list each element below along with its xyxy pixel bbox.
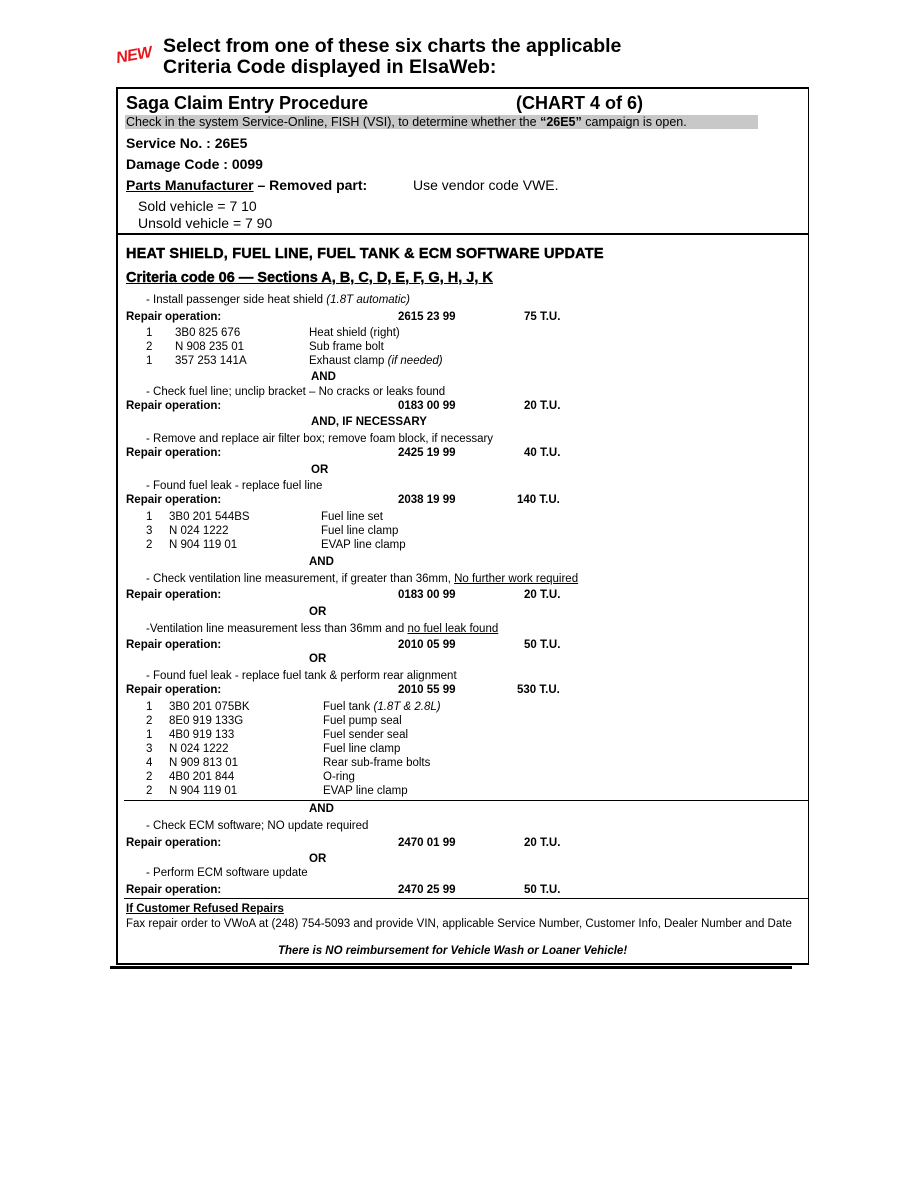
step-description: - Remove and replace air filter box; rem… xyxy=(146,433,493,446)
customer-refused-heading: If Customer Refused Repairs xyxy=(126,903,284,915)
time-units: 20 T.U. xyxy=(524,400,560,413)
repair-op-label: Repair operation: xyxy=(126,684,221,697)
part-qty: 1 xyxy=(146,511,152,524)
time-units: 75 T.U. xyxy=(524,311,560,324)
step-description: -Ventilation line measurement less than … xyxy=(146,623,498,636)
campaign-check-note: Check in the system Service-Online, FISH… xyxy=(125,115,758,129)
part-desc: Fuel pump seal xyxy=(323,715,402,728)
repair-op-label: Repair operation: xyxy=(126,400,221,413)
part-qty: 4 xyxy=(146,757,152,770)
connector-and: AND xyxy=(309,803,334,816)
service-no-label: Service No. : xyxy=(126,135,211,151)
step-emphasis: no fuel leak found xyxy=(407,623,498,635)
criteria-code: Criteria code 06 — Sections A, B, C, D, … xyxy=(126,270,493,286)
part-desc: Heat shield (right) xyxy=(309,327,400,340)
part-desc: Sub frame bolt xyxy=(309,341,384,354)
part-number: N 024 1222 xyxy=(169,743,228,756)
damage-code-value: 0099 xyxy=(232,156,263,172)
part-desc-text: Fuel tank xyxy=(323,701,374,713)
repair-op-label: Repair operation: xyxy=(126,447,221,460)
part-desc-text: EVAP line clamp xyxy=(323,785,408,797)
no-reimbursement-note: There is NO reimbursement for Vehicle Wa… xyxy=(278,945,627,957)
parts-manufacturer: Parts Manufacturer – Removed part: xyxy=(126,177,367,193)
step-note: (1.8T automatic) xyxy=(326,294,410,306)
new-badge: NEW xyxy=(115,44,153,68)
connector-and: AND xyxy=(309,556,334,569)
divider xyxy=(116,233,809,235)
part-number: 3B0 201 544BS xyxy=(169,511,250,524)
part-number: 3B0 825 676 xyxy=(175,327,240,340)
section-title: HEAT SHIELD, FUEL LINE, FUEL TANK & ECM … xyxy=(126,246,604,262)
part-number: N 908 235 01 xyxy=(175,341,244,354)
part-note: (if needed) xyxy=(388,355,443,367)
parts-mfr-label: Parts Manufacturer xyxy=(126,177,254,193)
connector-or: OR xyxy=(309,853,326,866)
part-desc: Fuel sender seal xyxy=(323,729,408,742)
repair-op-code: 0183 00 99 xyxy=(398,400,456,413)
vendor-code: Use vendor code VWE. xyxy=(413,177,559,193)
part-desc: Rear sub-frame bolts xyxy=(323,757,430,770)
time-units: 530 T.U. xyxy=(517,684,560,697)
part-qty: 2 xyxy=(146,785,152,798)
part-desc-text: Fuel line clamp xyxy=(323,743,400,755)
part-desc: Exhaust clamp (if needed) xyxy=(309,355,443,368)
part-desc: O-ring xyxy=(323,771,355,784)
heading-line-1: Select from one of these six charts the … xyxy=(163,36,621,57)
part-desc: Fuel line clamp xyxy=(323,743,400,756)
repair-op-label: Repair operation: xyxy=(126,311,221,324)
fax-instructions: Fax repair order to VWoA at (248) 754-50… xyxy=(126,917,796,931)
part-number: N 909 813 01 xyxy=(169,757,238,770)
repair-op-code: 2010 05 99 xyxy=(398,639,456,652)
step-description: - Found fuel leak - replace fuel line xyxy=(146,480,322,493)
part-desc: Fuel line set xyxy=(321,511,383,524)
repair-op-code: 2470 25 99 xyxy=(398,884,456,897)
service-no-value: 26E5 xyxy=(215,135,248,151)
time-units: 20 T.U. xyxy=(524,589,560,602)
repair-op-code: 2425 19 99 xyxy=(398,447,456,460)
part-number: N 024 1222 xyxy=(169,525,228,538)
part-number: N 904 119 01 xyxy=(169,785,237,798)
part-desc-text: O-ring xyxy=(323,771,355,783)
repair-op-label: Repair operation: xyxy=(126,884,221,897)
step-text: - Check ventilation line measurement, if… xyxy=(146,573,454,585)
step-text: - Install passenger side heat shield xyxy=(146,294,326,306)
connector-or: OR xyxy=(311,464,328,477)
connector-and-if-necessary: AND, IF NECESSARY xyxy=(311,416,427,429)
repair-op-label: Repair operation: xyxy=(126,589,221,602)
part-desc: EVAP line clamp xyxy=(321,539,406,552)
part-qty: 1 xyxy=(146,701,152,714)
part-number: 3B0 201 075BK xyxy=(169,701,250,714)
step-description: - Check fuel line; unclip bracket – No c… xyxy=(146,386,445,399)
part-number: 357 253 141A xyxy=(175,355,247,368)
connector-or: OR xyxy=(309,606,326,619)
step-description: - Check ventilation line measurement, if… xyxy=(146,573,578,586)
step-text: -Ventilation line measurement less than … xyxy=(146,623,407,635)
repair-op-label: Repair operation: xyxy=(126,639,221,652)
time-units: 40 T.U. xyxy=(524,447,560,460)
part-qty: 3 xyxy=(146,525,152,538)
repair-op-code: 2615 23 99 xyxy=(398,311,456,324)
check-post: campaign is open. xyxy=(582,115,687,129)
frame-shadow xyxy=(110,966,792,969)
unsold-vehicle: Unsold vehicle = 7 90 xyxy=(138,215,272,231)
connector-and: AND xyxy=(311,371,336,384)
time-units: 50 T.U. xyxy=(524,639,560,652)
part-note: (1.8T & 2.8L) xyxy=(374,701,441,713)
part-qty: 1 xyxy=(146,355,152,368)
chart-number: (CHART 4 of 6) xyxy=(516,93,643,114)
damage-code-label: Damage Code : xyxy=(126,156,228,172)
part-desc-text: Fuel pump seal xyxy=(323,715,402,727)
part-qty: 3 xyxy=(146,743,152,756)
part-desc: Fuel line clamp xyxy=(321,525,398,538)
heading-line-2: Criteria Code displayed in ElsaWeb: xyxy=(163,57,621,78)
part-qty: 2 xyxy=(146,539,152,552)
divider xyxy=(124,898,809,899)
part-qty: 1 xyxy=(146,327,152,340)
step-description: - Perform ECM software update xyxy=(146,867,308,880)
part-number: 8E0 919 133G xyxy=(169,715,243,728)
check-code: “26E5” xyxy=(540,115,582,129)
page-heading: Select from one of these six charts the … xyxy=(163,36,621,78)
part-desc-text: Exhaust clamp xyxy=(309,355,388,367)
repair-op-label: Repair operation: xyxy=(126,837,221,850)
repair-op-code: 0183 00 99 xyxy=(398,589,456,602)
connector-or: OR xyxy=(309,653,326,666)
step-description: - Found fuel leak - replace fuel tank & … xyxy=(146,670,457,683)
service-no: Service No. : 26E5 xyxy=(126,135,247,151)
check-pre: Check in the system Service-Online, FISH… xyxy=(126,115,540,129)
part-desc: EVAP line clamp xyxy=(323,785,408,798)
part-qty: 2 xyxy=(146,341,152,354)
step-description: - Check ECM software; NO update required xyxy=(146,820,368,833)
time-units: 140 T.U. xyxy=(517,494,560,507)
repair-op-label: Repair operation: xyxy=(126,494,221,507)
repair-op-code: 2470 01 99 xyxy=(398,837,456,850)
repair-op-code: 2010 55 99 xyxy=(398,684,456,697)
part-desc-text: Fuel sender seal xyxy=(323,729,408,741)
time-units: 50 T.U. xyxy=(524,884,560,897)
part-qty: 1 xyxy=(146,729,152,742)
part-desc: Fuel tank (1.8T & 2.8L) xyxy=(323,701,441,714)
part-number: N 904 119 01 xyxy=(169,539,237,552)
damage-code: Damage Code : 0099 xyxy=(126,156,263,172)
part-number: 4B0 201 844 xyxy=(169,771,234,784)
part-number: 4B0 919 133 xyxy=(169,729,234,742)
removed-part-label: – Removed part: xyxy=(254,177,368,193)
divider xyxy=(124,800,809,801)
sold-vehicle: Sold vehicle = 7 10 xyxy=(138,198,257,214)
procedure-title: Saga Claim Entry Procedure xyxy=(126,93,368,114)
step-emphasis: No further work required xyxy=(454,573,578,585)
repair-op-code: 2038 19 99 xyxy=(398,494,456,507)
part-desc-text: Rear sub-frame bolts xyxy=(323,757,430,769)
part-qty: 2 xyxy=(146,715,152,728)
part-qty: 2 xyxy=(146,771,152,784)
time-units: 20 T.U. xyxy=(524,837,560,850)
step-description: - Install passenger side heat shield (1.… xyxy=(146,294,410,307)
